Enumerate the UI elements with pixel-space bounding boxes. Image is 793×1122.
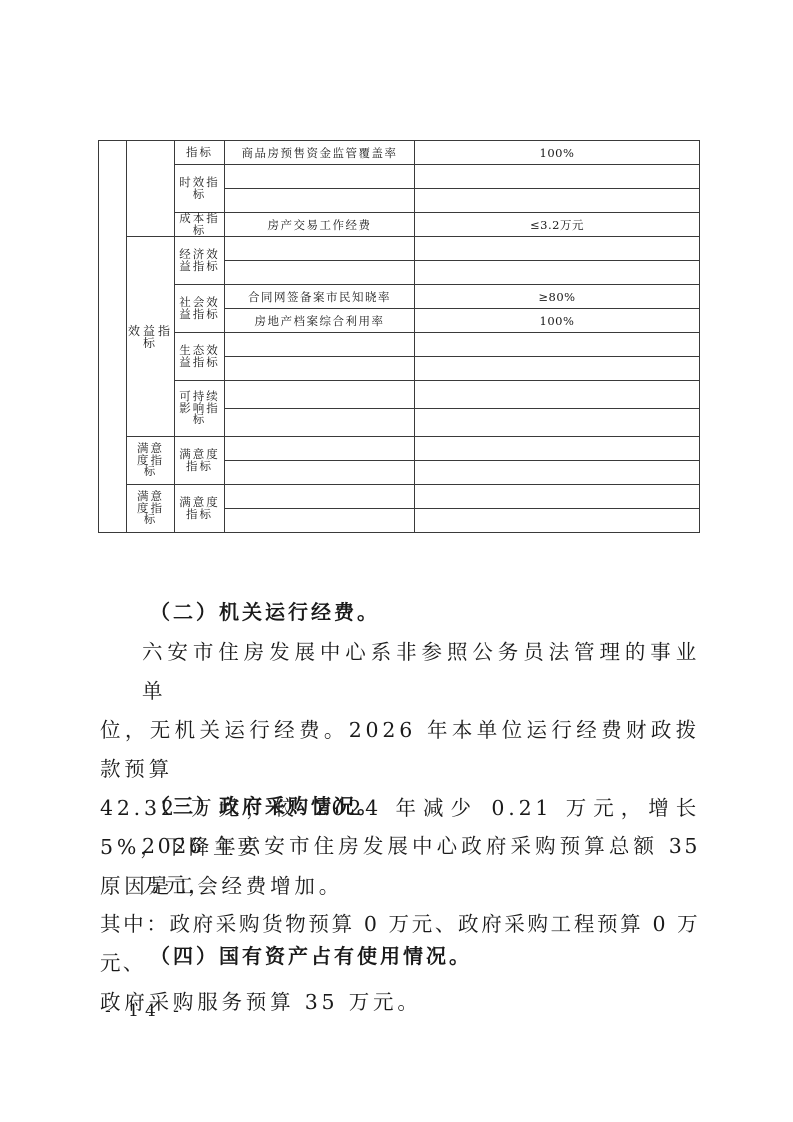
- value-cell: [415, 189, 700, 213]
- section-heading-procurement: （三）政府采购情况。: [150, 790, 380, 819]
- value-cell: [415, 485, 700, 509]
- value-cell: [415, 509, 700, 533]
- indicator-cell: [225, 237, 415, 261]
- indicator-cell: [225, 357, 415, 381]
- level3-cell: 社会效益指标: [175, 285, 225, 333]
- indicator-cell: 商品房预售资金监管覆盖率: [225, 141, 415, 165]
- level2-cell-benefit: 效益指标: [127, 237, 175, 437]
- value-cell: [415, 357, 700, 381]
- section-heading-state-assets: （四）国有资产占有使用情况。: [150, 940, 472, 969]
- performance-indicator-table: 指标 商品房预售资金监管覆盖率 100% 时效指标 成本指标 房产交易工作经费 …: [98, 140, 700, 533]
- value-cell: [415, 461, 700, 485]
- level2-cell-satisfaction: 满意度指标: [127, 437, 175, 485]
- value-cell: [415, 261, 700, 285]
- indicator-cell: [225, 485, 415, 509]
- level3-cell: 可持续影响指标: [175, 381, 225, 437]
- body-line: 2026 年六安市住房发展中心政府采购预算总额 35 万元，: [100, 827, 700, 905]
- value-cell: [415, 437, 700, 461]
- level2-cell-satisfaction: 满意度指标: [127, 485, 175, 533]
- value-cell: [415, 237, 700, 261]
- body-line: 六安市住房发展中心系非参照公务员法管理的事业单: [100, 633, 700, 711]
- level3-cell: 经济效益指标: [175, 237, 225, 285]
- section-body-procurement: 2026 年六安市住房发展中心政府采购预算总额 35 万元， 其中：政府采购货物…: [100, 827, 700, 1022]
- level2-cell-output: [127, 141, 175, 237]
- indicator-cell: 房产交易工作经费: [225, 213, 415, 237]
- indicator-cell: [225, 261, 415, 285]
- body-line: 位，无机关运行经费。2026 年本单位运行经费财政拨款预算: [100, 711, 700, 789]
- level3-cell: 满意度指标: [175, 485, 225, 533]
- value-cell: ≥80%: [415, 285, 700, 309]
- indicator-cell: 房地产档案综合利用率: [225, 309, 415, 333]
- value-cell: 100%: [415, 141, 700, 165]
- value-cell: [415, 409, 700, 437]
- level3-cell: 满意度指标: [175, 437, 225, 485]
- indicator-cell: [225, 409, 415, 437]
- section-heading-operating-expenses: （二）机关运行经费。: [150, 596, 380, 625]
- value-cell: ≤3.2万元: [415, 213, 700, 237]
- level1-cell: [99, 141, 127, 533]
- indicator-cell: [225, 333, 415, 357]
- indicator-cell: [225, 461, 415, 485]
- indicator-cell: [225, 165, 415, 189]
- level3-cell: 生态效益指标: [175, 333, 225, 381]
- indicator-cell: [225, 437, 415, 461]
- indicator-cell: [225, 189, 415, 213]
- level3-cell: 指标: [175, 141, 225, 165]
- indicator-cell: [225, 381, 415, 409]
- value-cell: [415, 381, 700, 409]
- body-line: 政府采购服务预算 35 万元。: [100, 983, 700, 1022]
- level3-cell: 时效指标: [175, 165, 225, 213]
- value-cell: [415, 165, 700, 189]
- page-number: - 14 -: [105, 1001, 185, 1021]
- level3-cell: 成本指标: [175, 213, 225, 237]
- value-cell: 100%: [415, 309, 700, 333]
- value-cell: [415, 333, 700, 357]
- indicator-cell: 合同网签备案市民知晓率: [225, 285, 415, 309]
- indicator-cell: [225, 509, 415, 533]
